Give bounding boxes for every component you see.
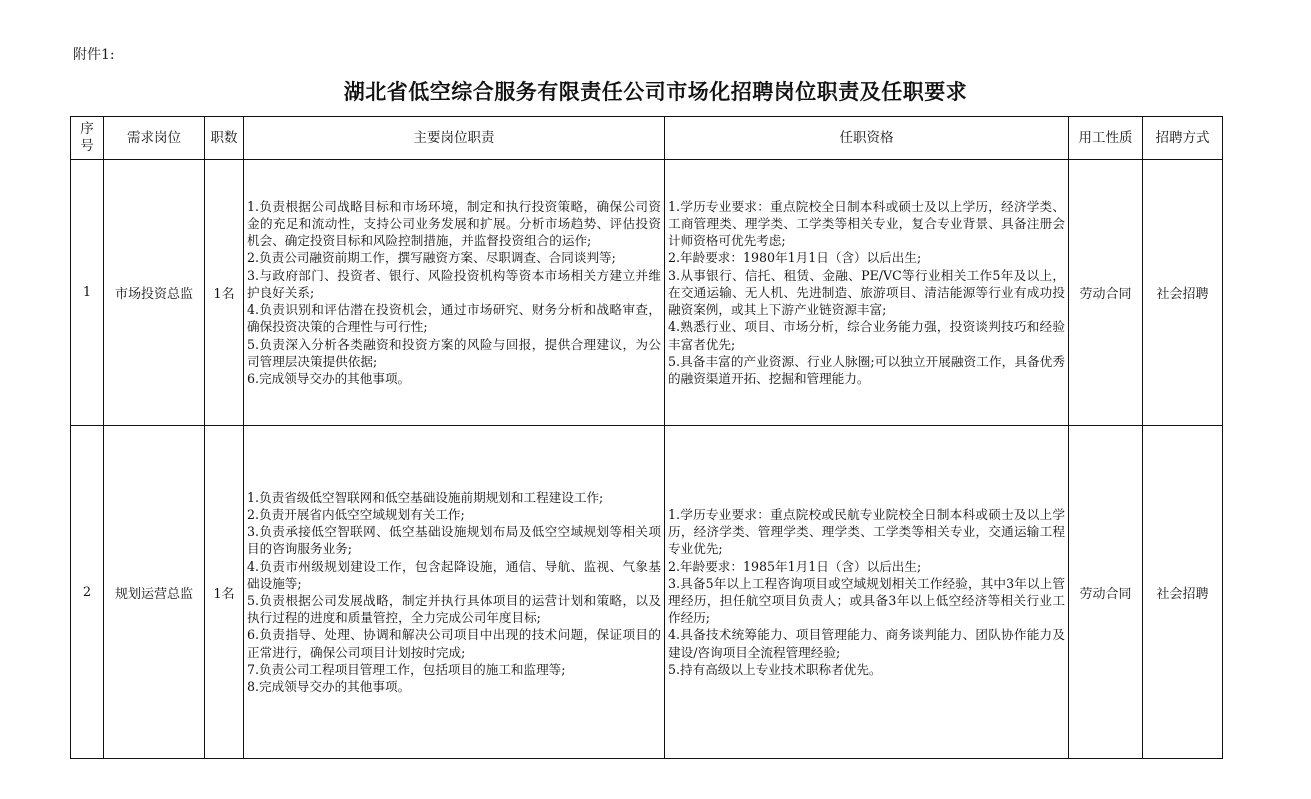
row-qualifications: 1.学历专业要求：重点院校或民航专业院校全日制本科或硕士及以上学历，经济学类、管… xyxy=(665,426,1069,759)
qualification-item: 1.学历专业要求：重点院校全日制本科或硕士及以上学历，经济学类、工商管理类、理学… xyxy=(668,198,1065,250)
row-employment-type: 劳动合同 xyxy=(1069,426,1143,759)
duty-item: 2.负责公司融资前期工作，撰写融资方案、尽职调查、合同谈判等; xyxy=(247,249,661,266)
table-header-row: 序号 需求岗位 职数 主要岗位职责 任职资格 用工性质 招聘方式 xyxy=(71,117,1223,160)
duty-item: 1.负责省级低空智联网和低空基础设施前期规划和工程建设工作; xyxy=(247,489,661,506)
qualification-item: 2.年龄要求：1980年1月1日（含）以后出生; xyxy=(668,249,1065,266)
header-recruit-method: 招聘方式 xyxy=(1143,117,1223,160)
duty-item: 2.负责开展省内低空空域规划有关工作; xyxy=(247,506,661,523)
qualification-item: 3.具备5年以上工程咨询项目或空域规划相关工作经验，其中3年以上管理经历，担任航… xyxy=(668,575,1065,627)
duty-item: 7.负责公司工程项目管理工作，包括项目的施工和监理等; xyxy=(247,661,661,678)
row-position: 规划运营总监 xyxy=(104,426,205,759)
row-duties: 1.负责省级低空智联网和低空基础设施前期规划和工程建设工作; 2.负责开展省内低… xyxy=(244,426,665,759)
row-index: 2 xyxy=(71,426,104,759)
duty-item: 4.负责识别和评估潜在投资机会，通过市场研究、财务分析和战略审查，确保投资决策的… xyxy=(247,301,661,335)
header-count: 职数 xyxy=(205,117,244,160)
table-row: 1 市场投资总监 1名 1.负责根据公司战略目标和市场环境，制定和执行投资策略，… xyxy=(71,160,1223,426)
row-recruit-method: 社会招聘 xyxy=(1143,426,1223,759)
qualification-item: 4.熟悉行业、项目、市场分析，综合业务能力强，投资谈判技巧和经验丰富者优先; xyxy=(668,318,1065,352)
duty-item: 4.负责市州级规划建设工作，包含起降设施，通信、导航、监视、气象基础设施等; xyxy=(247,558,661,592)
duty-item: 3.与政府部门、投资者、银行、风险投资机构等资本市场相关方建立并维护良好关系; xyxy=(247,267,661,301)
row-count: 1名 xyxy=(205,160,244,426)
qualification-item: 5.持有高级以上专业技术职称者优先。 xyxy=(668,661,1065,678)
row-count: 1名 xyxy=(205,426,244,759)
duty-item: 3.负责承接低空智联网、低空基础设施规划布局及低空空域规划等相关项目的咨询服务业… xyxy=(247,523,661,557)
attachment-label: 附件1: xyxy=(73,44,115,64)
duty-item: 8.完成领导交办的其他事项。 xyxy=(247,678,661,695)
duty-item: 6.完成领导交办的其他事项。 xyxy=(247,370,661,387)
duty-item: 5.负责根据公司发展战略，制定并执行具体项目的运营计划和策略，以及执行过程的进度… xyxy=(247,592,661,626)
header-employment-type: 用工性质 xyxy=(1069,117,1143,160)
recruitment-table: 序号 需求岗位 职数 主要岗位职责 任职资格 用工性质 招聘方式 1 市场投资总… xyxy=(70,116,1223,759)
qualification-item: 4.具备技术统筹能力、项目管理能力、商务谈判能力、团队协作能力及建设/咨询项目全… xyxy=(668,626,1065,660)
row-position: 市场投资总监 xyxy=(104,160,205,426)
row-duties: 1.负责根据公司战略目标和市场环境，制定和执行投资策略，确保公司资金的充足和流动… xyxy=(244,160,665,426)
qualification-item: 3.从事银行、信托、租赁、金融、PE/VC等行业相关工作5年及以上，在交通运输、… xyxy=(668,267,1065,319)
duty-item: 5.负责深入分析各类融资和投资方案的风险与回报，提供合理建议，为公司管理层决策提… xyxy=(247,336,661,370)
row-qualifications: 1.学历专业要求：重点院校全日制本科或硕士及以上学历，经济学类、工商管理类、理学… xyxy=(665,160,1069,426)
header-index: 序号 xyxy=(71,117,104,160)
row-index: 1 xyxy=(71,160,104,426)
header-qualifications: 任职资格 xyxy=(665,117,1069,160)
row-employment-type: 劳动合同 xyxy=(1069,160,1143,426)
header-position: 需求岗位 xyxy=(104,117,205,160)
row-recruit-method: 社会招聘 xyxy=(1143,160,1223,426)
qualification-item: 1.学历专业要求：重点院校或民航专业院校全日制本科或硕士及以上学历，经济学类、管… xyxy=(668,506,1065,558)
duty-item: 1.负责根据公司战略目标和市场环境，制定和执行投资策略，确保公司资金的充足和流动… xyxy=(247,198,661,250)
document-title: 湖北省低空综合服务有限责任公司市场化招聘岗位职责及任职要求 xyxy=(0,76,1311,106)
qualification-item: 2.年龄要求：1985年1月1日（含）以后出生; xyxy=(668,558,1065,575)
table-row: 2 规划运营总监 1名 1.负责省级低空智联网和低空基础设施前期规划和工程建设工… xyxy=(71,426,1223,759)
header-duties: 主要岗位职责 xyxy=(244,117,665,160)
duty-item: 6.负责指导、处理、协调和解决公司项目中出现的技术问题，保证项目的正常进行，确保… xyxy=(247,626,661,660)
qualification-item: 5.具备丰富的产业资源、行业人脉圈;可以独立开展融资工作，具备优秀的融资渠道开拓… xyxy=(668,353,1065,387)
